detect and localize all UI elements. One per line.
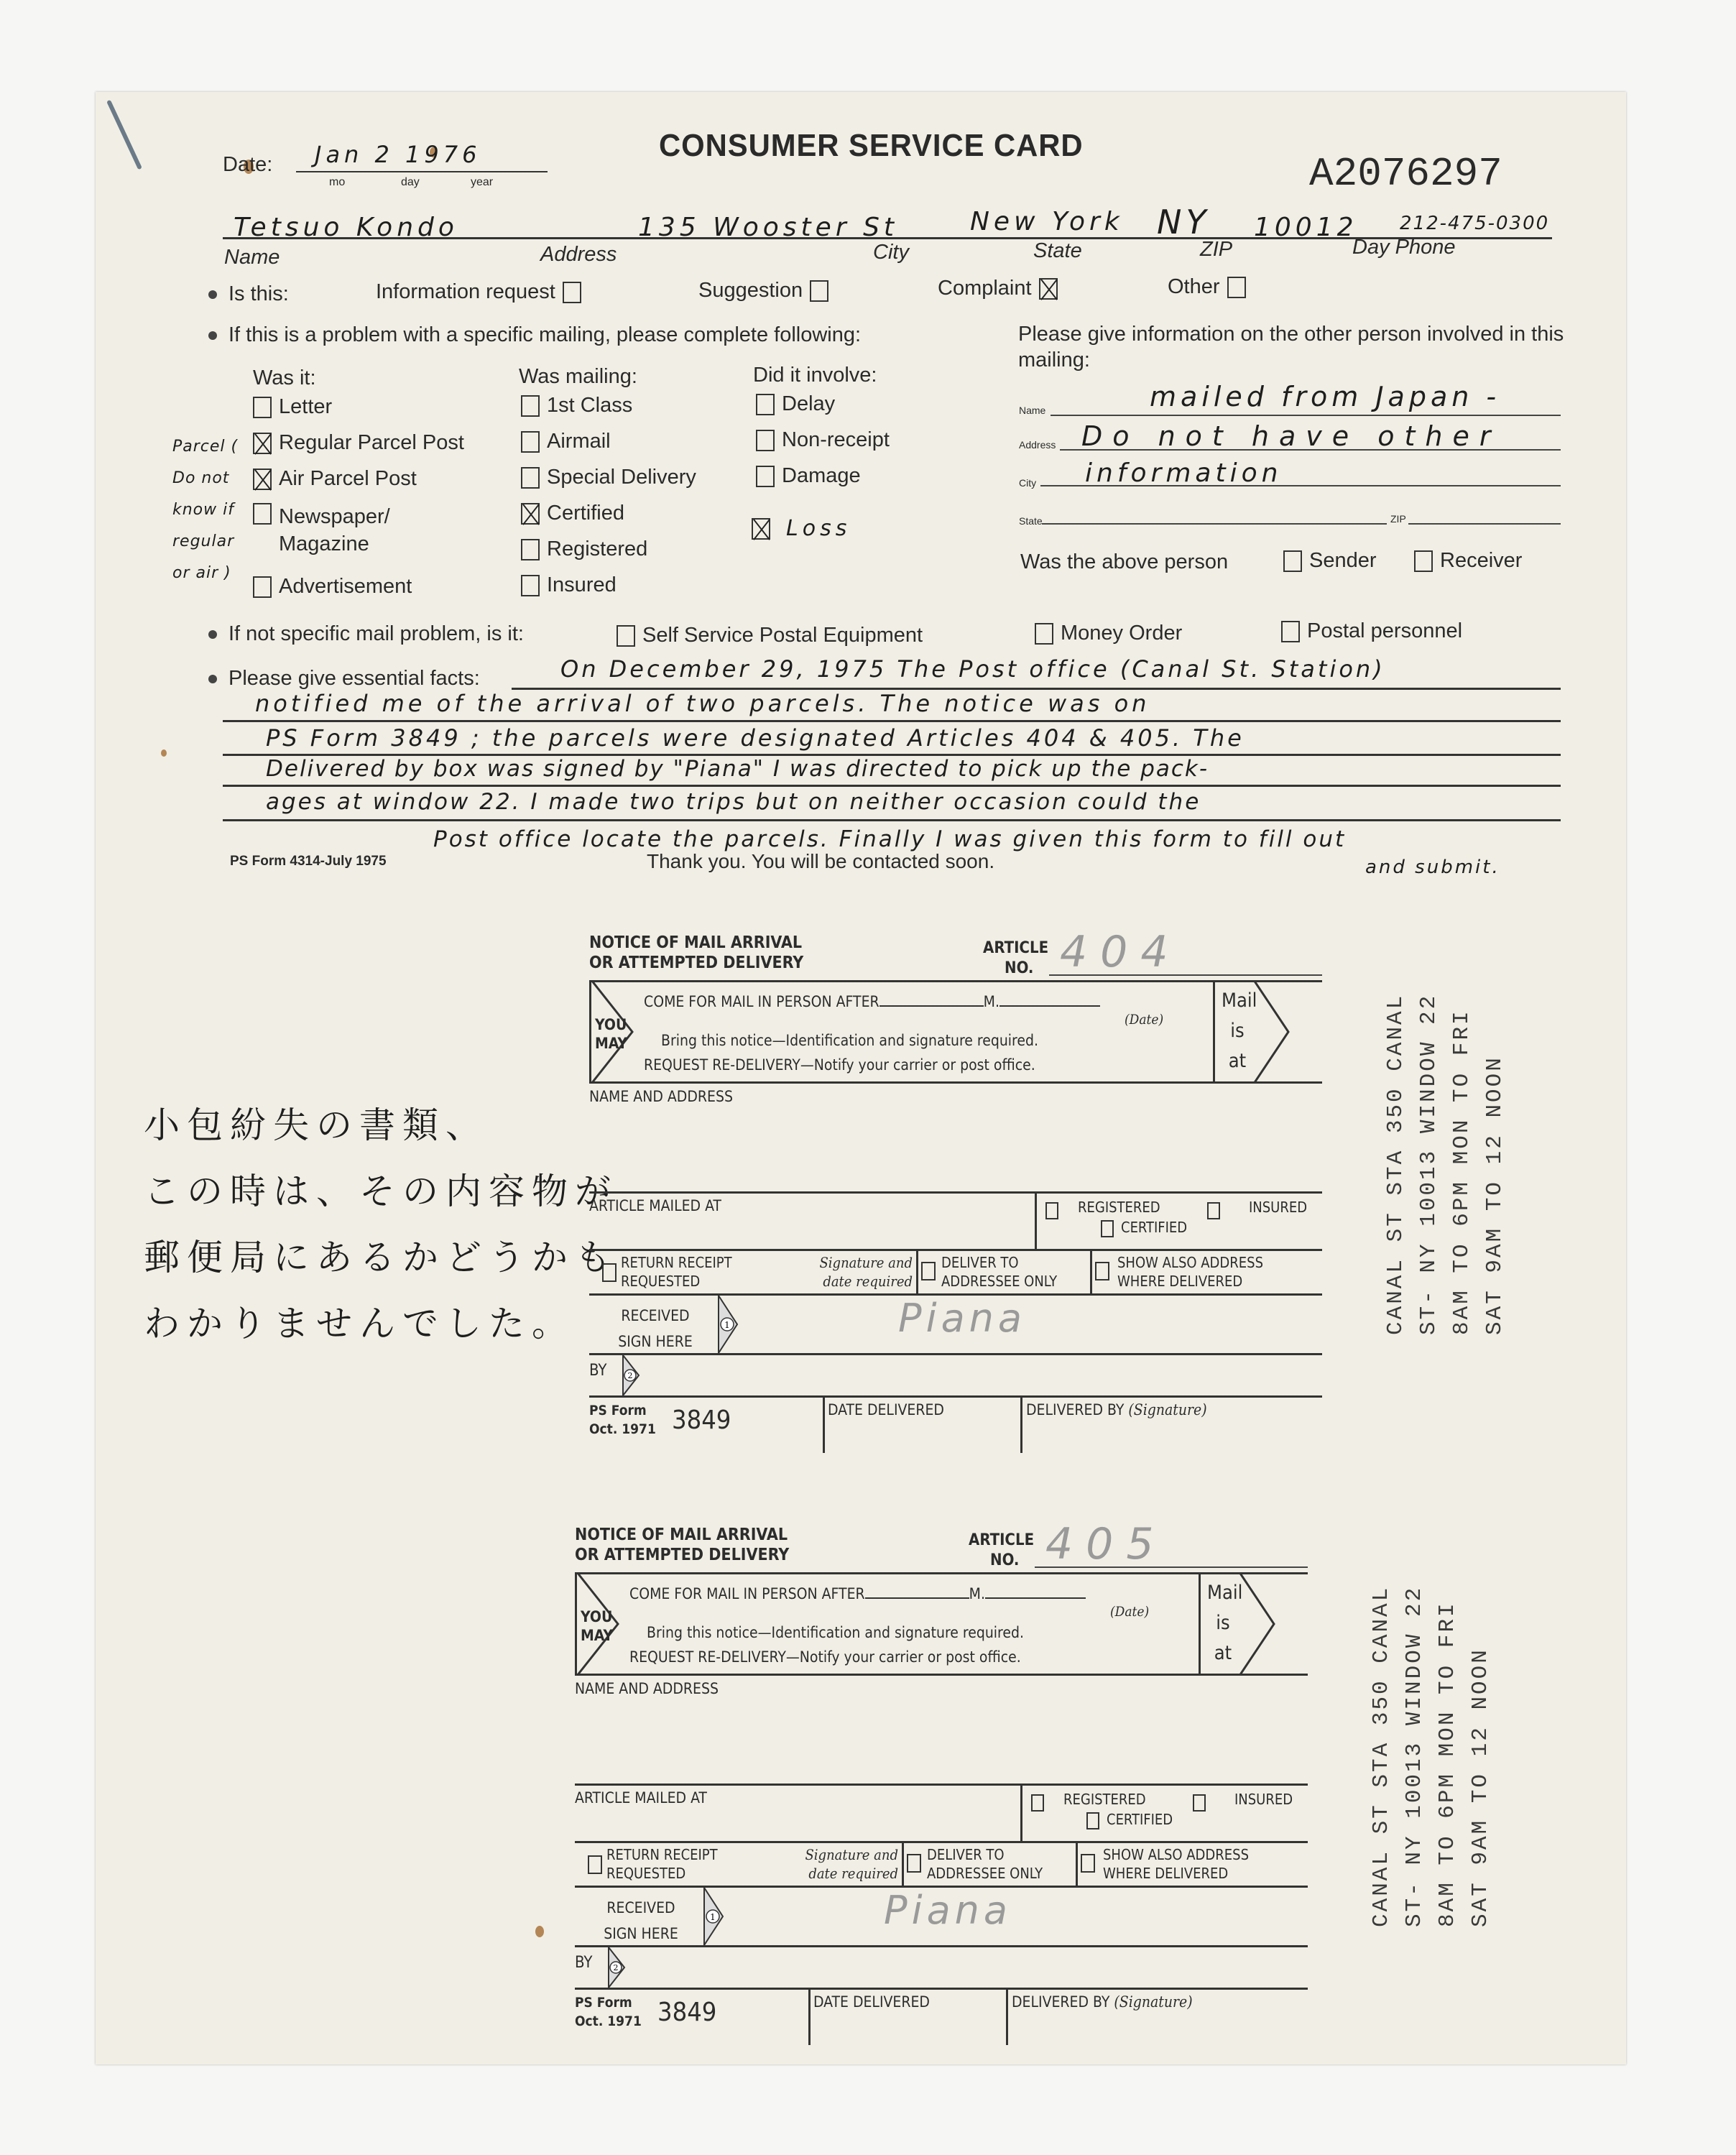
was-it-regular-parcel-post[interactable]: Regular Parcel Post xyxy=(253,431,464,455)
option-label: 1st Class xyxy=(547,394,632,417)
article-mailed-at-label: ARTICLE MAILED AT xyxy=(575,1789,707,1806)
checkbox[interactable] xyxy=(1101,1220,1114,1237)
date-sub-mo: mo xyxy=(329,176,345,189)
mail-is-at-arrow-icon xyxy=(1239,1572,1308,1676)
option-label: Postal personnel xyxy=(1307,619,1462,643)
name-and-address-label: NAME AND ADDRESS xyxy=(575,1680,719,1697)
show-also-address-label: SHOW ALSO ADDRESSWHERE DELIVERED xyxy=(1117,1253,1263,1291)
option-label: Complaint xyxy=(938,277,1032,300)
name-and-address-label: NAME AND ADDRESS xyxy=(589,1088,733,1105)
was-mailing-insured[interactable]: Insured xyxy=(521,573,617,597)
option-label: Certified xyxy=(547,502,624,525)
other-state-label: State xyxy=(1019,515,1043,527)
facts-line-6[interactable]: Post office locate the parcels. Finally … xyxy=(433,826,1346,852)
option-label: Regular Parcel Post xyxy=(279,431,464,455)
date-hint: (Date) xyxy=(1110,1604,1149,1620)
card-title: CONSUMER SERVICE CARD xyxy=(659,128,1084,164)
svg-text:2: 2 xyxy=(614,1963,619,1972)
insured-label: INSURED xyxy=(1249,1199,1307,1216)
notice-heading: NOTICE OF MAIL ARRIVALOR ATTEMPTED DELIV… xyxy=(589,933,803,973)
label-city: City xyxy=(873,241,909,264)
checkbox[interactable] xyxy=(1227,277,1246,298)
other-city-value[interactable]: information xyxy=(1085,458,1282,488)
show-also-address-label: SHOW ALSO ADDRESSWHERE DELIVERED xyxy=(1103,1845,1249,1883)
date-value[interactable]: Jan 2 1976 xyxy=(315,141,481,168)
delivered-by-label: DELIVERED BY (Signature) xyxy=(1026,1401,1207,1418)
checkbox[interactable] xyxy=(1035,623,1053,645)
checkbox[interactable] xyxy=(1283,550,1302,572)
label-state: State xyxy=(1033,239,1082,263)
received-signature[interactable]: Piana xyxy=(898,1296,1026,1341)
return-receipt-option[interactable] xyxy=(602,1263,617,1282)
is-this-row: Is this: xyxy=(208,282,289,306)
non-specific-label: If not specific mail problem, is it: xyxy=(228,622,524,646)
deliver-to-addressee-option[interactable] xyxy=(907,1854,921,1873)
article-no-label: ARTICLENO. xyxy=(983,938,1048,979)
bring-notice: Bring this notice—Identification and sig… xyxy=(661,1032,1038,1049)
option-label: Delay xyxy=(782,392,835,416)
option-postal-personnel[interactable]: Postal personnel xyxy=(1281,619,1462,643)
facts-row: Please give essential facts: xyxy=(208,667,480,691)
checkbox[interactable] xyxy=(521,467,540,489)
checkbox[interactable] xyxy=(921,1262,936,1280)
japanese-note: 小包紛失の書類、 この時は、その内容物が 郵便局にあるかどうかも わかりませんで… xyxy=(144,1092,618,1357)
margin-note: Parcel ( Do not know if regular or air ) xyxy=(172,431,251,589)
specific-mailing-row: If this is a problem with a specific mai… xyxy=(208,323,861,347)
facts-line-7[interactable]: and submit. xyxy=(1365,857,1500,878)
checkbox[interactable] xyxy=(1414,550,1433,572)
received-sign-here-label: RECEIVEDSIGN HERE xyxy=(583,1895,698,1947)
you-may-label: YOUMAY xyxy=(581,1607,613,1645)
you-may-label: YOUMAY xyxy=(595,1015,627,1053)
return-receipt-option[interactable] xyxy=(588,1855,602,1874)
bring-notice: Bring this notice—Identification and sig… xyxy=(647,1624,1024,1641)
label-zip: ZIP xyxy=(1200,238,1232,262)
step-1-arrow-icon: 1 xyxy=(703,1888,731,1945)
date-sub-day: day xyxy=(401,176,420,189)
involve-delay[interactable]: Delay xyxy=(756,392,835,416)
step-1-arrow-icon: 1 xyxy=(717,1296,746,1353)
received-sign-here-label: RECEIVEDSIGN HERE xyxy=(598,1303,713,1355)
other-zip-label: ZIP xyxy=(1390,513,1406,525)
involve-non-receipt[interactable]: Non-receipt xyxy=(756,428,890,452)
facts-label: Please give essential facts: xyxy=(228,667,480,691)
option-label: Damage xyxy=(782,464,861,488)
come-for-mail: COME FOR MAIL IN PERSON AFTERM. xyxy=(629,1585,1086,1602)
checkbox-checked[interactable] xyxy=(521,503,540,525)
svg-text:2: 2 xyxy=(628,1371,633,1380)
specific-mailing-prompt: If this is a problem with a specific mai… xyxy=(228,323,861,347)
date-delivered-label: DATE DELIVERED xyxy=(813,1993,930,2011)
was-above-person-row: Was the above person xyxy=(1020,550,1228,574)
certified-label: CERTIFIED xyxy=(1121,1219,1187,1236)
thank-you: Thank you. You will be contacted soon. xyxy=(647,850,994,873)
checkbox[interactable] xyxy=(563,282,581,303)
facts-line-1[interactable]: On December 29, 1975 The Post office (Ca… xyxy=(560,655,1385,683)
option-label: Self Service Postal Equipment xyxy=(642,624,923,647)
option-sender[interactable]: Sender xyxy=(1283,549,1377,573)
checkbox[interactable] xyxy=(521,575,540,596)
checkbox[interactable] xyxy=(1081,1854,1095,1873)
other-address-label: Address xyxy=(1019,439,1056,451)
did-it-involve-label: Did it involve: xyxy=(753,364,877,387)
option-label: Insured xyxy=(547,573,617,597)
mail-is-at: Mailisat xyxy=(1207,1578,1239,1669)
jp-line: 郵便局にあるかどうかも xyxy=(144,1224,618,1291)
request-redelivery: REQUEST RE-DELIVERY—Notify your carrier … xyxy=(629,1648,1021,1666)
ps-form-number: 3849 xyxy=(657,1998,716,2027)
was-mailing-registered[interactable]: Registered xyxy=(521,537,647,561)
return-receipt-label: RETURN RECEIPTREQUESTED xyxy=(606,1845,718,1883)
was-it-air-parcel-post[interactable]: Air Parcel Post xyxy=(253,467,417,491)
option-label-handwritten: Loss xyxy=(786,516,851,541)
checkbox[interactable] xyxy=(521,395,540,417)
step-2-arrow-icon: 2 xyxy=(622,1355,650,1395)
was-it-advertisement[interactable]: Advertisement xyxy=(253,575,412,599)
registered-label: REGISTERED xyxy=(1078,1199,1160,1216)
label-address: Address xyxy=(540,243,617,267)
certified-label: CERTIFIED xyxy=(1107,1811,1173,1828)
article-no-value[interactable]: 405 xyxy=(1045,1519,1167,1569)
by-label: BY xyxy=(589,1362,606,1380)
checkbox[interactable] xyxy=(588,1855,602,1874)
certified-option[interactable] xyxy=(1101,1220,1114,1237)
checkbox[interactable] xyxy=(1193,1794,1206,1812)
notice-of-mail-arrival-405: NOTICE OF MAIL ARRIVALOR ATTEMPTED DELIV… xyxy=(575,1525,1308,2057)
article-no-value[interactable]: 404 xyxy=(1060,927,1181,977)
non-specific-row: If not specific mail problem, is it: xyxy=(208,622,524,646)
by-label: BY xyxy=(575,1954,592,1972)
option-self-service[interactable]: Self Service Postal Equipment xyxy=(617,624,923,647)
bullet-icon xyxy=(208,331,217,340)
deliver-to-addressee-option[interactable] xyxy=(921,1262,936,1280)
insured-option[interactable] xyxy=(1193,1794,1206,1812)
bullet-icon xyxy=(208,290,217,299)
jp-line: わかりませんでした。 xyxy=(144,1291,618,1357)
signature-date-required: Signature anddate required xyxy=(740,1253,913,1291)
checkbox[interactable] xyxy=(1281,621,1300,642)
label-day-phone: Day Phone xyxy=(1352,236,1456,259)
checkbox[interactable] xyxy=(1095,1262,1109,1280)
serial-number: A2076297 xyxy=(1309,151,1502,197)
notice-of-mail-arrival-404: NOTICE OF MAIL ARRIVALOR ATTEMPTED DELIV… xyxy=(589,933,1322,1464)
other-name-label: Name xyxy=(1019,405,1045,416)
was-mailing-label: Was mailing: xyxy=(519,365,637,389)
return-receipt-label: RETURN RECEIPTREQUESTED xyxy=(621,1253,732,1291)
ps-form-label: PS FormOct. 1971 xyxy=(589,1401,656,1439)
checkbox[interactable] xyxy=(1207,1202,1220,1219)
date-label: Date: xyxy=(223,153,272,177)
was-mailing-special-delivery[interactable]: Special Delivery xyxy=(521,466,696,489)
was-mailing-certified[interactable]: Certified xyxy=(521,502,624,525)
option-label: Sender xyxy=(1309,549,1377,573)
label-name: Name xyxy=(224,246,280,269)
request-redelivery: REQUEST RE-DELIVERY—Notify your carrier … xyxy=(644,1056,1035,1074)
registered-option[interactable] xyxy=(1045,1202,1058,1219)
post-office-stamp: CANAL ST STA 350 CANALST- NY 10013 WINDO… xyxy=(1365,1586,1497,1927)
checkbox[interactable] xyxy=(1031,1794,1044,1812)
checkbox[interactable] xyxy=(521,539,540,560)
checkbox[interactable] xyxy=(756,394,775,415)
received-signature[interactable]: Piana xyxy=(884,1888,1012,1933)
signature-date-required: Signature anddate required xyxy=(726,1845,898,1883)
checkbox[interactable] xyxy=(253,503,272,525)
customer-state[interactable]: NY xyxy=(1157,203,1211,241)
option-label: Air Parcel Post xyxy=(279,467,417,491)
date-sub-year: year xyxy=(471,176,493,189)
option-label: Non-receipt xyxy=(782,428,890,452)
other-name-value[interactable]: mailed from Japan - xyxy=(1150,381,1500,412)
was-mailing-airmail[interactable]: Airmail xyxy=(521,430,611,453)
checkbox-checked[interactable] xyxy=(253,469,272,490)
svg-text:1: 1 xyxy=(724,1320,730,1330)
form-id: PS Form 4314-July 1975 xyxy=(230,854,387,869)
option-label: Information request xyxy=(376,280,555,304)
involve-damage[interactable]: Damage xyxy=(756,464,861,488)
jp-line: 小包紛失の書類、 xyxy=(144,1092,618,1158)
facts-line-5[interactable]: ages at window 22. I made two trips but … xyxy=(266,789,1201,815)
come-for-mail: COME FOR MAIL IN PERSON AFTERM. xyxy=(644,993,1100,1010)
checkbox-checked[interactable] xyxy=(253,433,272,454)
option-information-request[interactable]: Information request xyxy=(376,280,581,304)
checkbox[interactable] xyxy=(810,280,828,302)
ps-form-label: PS FormOct. 1971 xyxy=(575,1993,642,2031)
post-office-stamp: CANAL ST STA 350 CANALST- NY 10013 WINDO… xyxy=(1380,994,1512,1335)
jp-line: この時は、その内容物が xyxy=(144,1158,618,1224)
ps-form-number: 3849 xyxy=(672,1406,731,1435)
deliver-to-addressee-label: DELIVER TOADDRESSEE ONLY xyxy=(941,1253,1057,1291)
stain-mark xyxy=(161,749,167,757)
deliver-to-addressee-label: DELIVER TOADDRESSEE ONLY xyxy=(927,1845,1043,1883)
other-address-value[interactable]: Do not have other xyxy=(1081,420,1500,452)
registered-option[interactable] xyxy=(1031,1794,1044,1812)
option-suggestion[interactable]: Suggestion xyxy=(698,279,828,303)
other-person-prompt: Please give information on the other per… xyxy=(1018,321,1579,373)
show-also-address-option[interactable] xyxy=(1095,1262,1109,1280)
checkbox[interactable] xyxy=(521,431,540,453)
option-other[interactable]: Other xyxy=(1168,275,1246,299)
checkbox[interactable] xyxy=(1045,1202,1058,1219)
checkbox[interactable] xyxy=(907,1854,921,1873)
option-receiver[interactable]: Receiver xyxy=(1414,549,1522,573)
other-city-label: City xyxy=(1019,477,1036,489)
option-label: Other xyxy=(1168,275,1220,299)
was-it-label: Was it: xyxy=(253,366,316,390)
was-it-letter[interactable]: Letter xyxy=(253,395,332,419)
was-above-person-label: Was the above person xyxy=(1020,550,1228,574)
date-hint: (Date) xyxy=(1125,1012,1163,1028)
option-label: Money Order xyxy=(1061,622,1182,645)
option-complaint[interactable]: Complaint xyxy=(938,277,1058,300)
checkbox[interactable] xyxy=(756,430,775,451)
checkbox[interactable] xyxy=(617,625,635,647)
facts-line-2[interactable]: notified me of the arrival of two parcel… xyxy=(255,690,1150,717)
facts-line-4[interactable]: Delivered by box was signed by "Piana" I… xyxy=(266,756,1209,782)
notice-heading: NOTICE OF MAIL ARRIVALOR ATTEMPTED DELIV… xyxy=(575,1525,789,1565)
checkbox[interactable] xyxy=(253,397,272,418)
mail-is-at-arrow-icon xyxy=(1254,980,1322,1084)
delivered-by-label: DELIVERED BY (Signature) xyxy=(1012,1993,1193,2011)
option-label: Receiver xyxy=(1440,549,1522,573)
checkbox-checked[interactable] xyxy=(1039,278,1058,300)
checkbox[interactable] xyxy=(602,1263,617,1282)
stain-mark xyxy=(535,1926,544,1937)
option-label: Letter xyxy=(279,395,332,419)
option-label: Advertisement xyxy=(279,575,412,599)
checkbox[interactable] xyxy=(756,466,775,487)
step-2-arrow-icon: 2 xyxy=(607,1947,636,1988)
insured-label: INSURED xyxy=(1234,1791,1293,1808)
customer-phone[interactable]: 212-475-0300 xyxy=(1400,213,1549,234)
is-this-label: Is this: xyxy=(228,282,289,306)
option-label: Registered xyxy=(547,537,647,561)
facts-line-3[interactable]: PS Form 3849 ; the parcels were designat… xyxy=(266,724,1245,752)
article-mailed-at-label: ARTICLE MAILED AT xyxy=(589,1197,721,1214)
registered-label: REGISTERED xyxy=(1063,1791,1146,1808)
bullet-icon xyxy=(208,630,217,639)
option-label: Newspaper/ Magazine xyxy=(279,503,408,558)
involve-loss[interactable]: Loss xyxy=(752,516,851,541)
bullet-icon xyxy=(208,675,217,683)
certified-option[interactable] xyxy=(1086,1812,1099,1829)
date-delivered-label: DATE DELIVERED xyxy=(828,1401,944,1418)
option-label: Special Delivery xyxy=(547,466,696,489)
option-money-order[interactable]: Money Order xyxy=(1035,622,1182,645)
insured-option[interactable] xyxy=(1207,1202,1220,1219)
mail-is-at: Mailisat xyxy=(1222,986,1253,1076)
checkbox-checked[interactable] xyxy=(752,518,770,540)
svg-text:1: 1 xyxy=(710,1912,716,1922)
article-no-label: ARTICLENO. xyxy=(969,1531,1034,1571)
option-label: Suggestion xyxy=(698,279,803,303)
show-also-address-option[interactable] xyxy=(1081,1854,1095,1873)
customer-city[interactable]: New York xyxy=(970,207,1124,236)
checkbox[interactable] xyxy=(1086,1812,1099,1829)
was-mailing-1st-class[interactable]: 1st Class xyxy=(521,394,632,417)
option-label: Airmail xyxy=(547,430,611,453)
checkbox[interactable] xyxy=(253,576,272,598)
was-it-newspaper[interactable]: Newspaper/ Magazine xyxy=(253,503,418,558)
